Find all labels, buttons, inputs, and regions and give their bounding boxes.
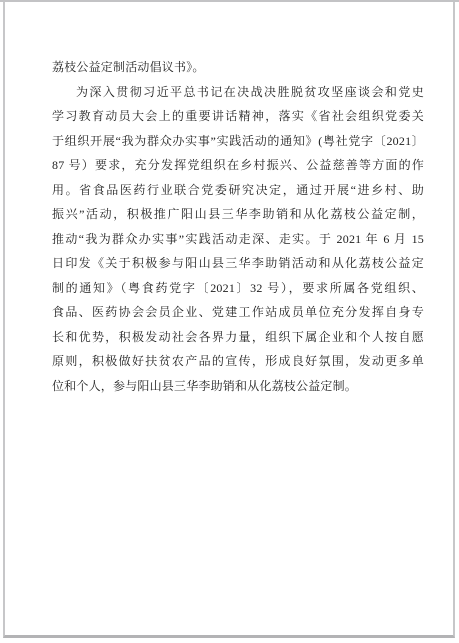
text-line: 推动“我为群众办实事”实践活动走深、走实。于 2021 年 6 月 15 <box>52 227 424 252</box>
text-line: 长和优势，积极发动社会各界力量，组织下属企业和个人按自愿 <box>52 325 424 350</box>
text-line: 食品、医药协会会员企业、党建工作站成员单位充分发挥自身专 <box>52 300 424 325</box>
text-line: 荔枝公益定制活动倡议书》。 <box>52 55 424 80</box>
text-line: 学习教育动员大会上的重要讲话精神，落实《省社会组织党委关 <box>52 104 424 129</box>
text-line: 制的通知》（粤食药党字〔2021〕32 号），要求所属各党组织、 <box>52 276 424 301</box>
text-line: 振兴”活动，积极推广阳山县三华李助销和从化荔枝公益定制， <box>52 202 424 227</box>
document-viewport: 荔枝公益定制活动倡议书》。为深入贯彻习近平总书记在决战决胜脱贫攻坚座谈会和党史学… <box>0 0 459 643</box>
text-line: 用。省食品医药行业联合党委研究决定，通过开展“进乡村、助 <box>52 178 424 203</box>
document-page: 荔枝公益定制活动倡议书》。为深入贯彻习近平总书记在决战决胜脱贫攻坚座谈会和党史学… <box>3 2 455 638</box>
text-line: 于组织开展“我为群众办实事”实践活动的通知》(粤社党字〔2021〕 <box>52 129 424 154</box>
text-line: 为深入贯彻习近平总书记在决战决胜脱贫攻坚座谈会和党史 <box>52 80 424 105</box>
text-line: 原则，积极做好扶贫农产品的宣传，形成良好氛围，发动更多单 <box>52 349 424 374</box>
text-line: 位和个人，参与阳山县三华李助销和从化荔枝公益定制。 <box>52 374 424 399</box>
document-body: 荔枝公益定制活动倡议书》。为深入贯彻习近平总书记在决战决胜脱贫攻坚座谈会和党史学… <box>52 55 424 398</box>
text-line: 日印发《关于积极参与阳山县三华李助销活动和从化荔枝公益定 <box>52 251 424 276</box>
text-line: 87 号）要求，充分发挥党组织在乡村振兴、公益慈善等方面的作 <box>52 153 424 178</box>
